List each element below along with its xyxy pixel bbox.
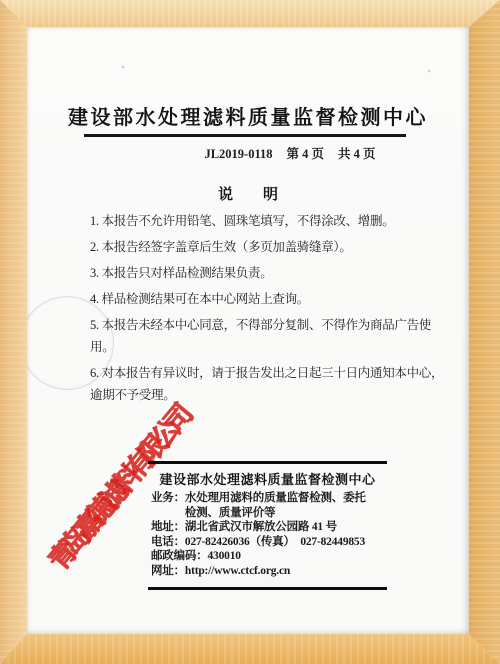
page-total: 共 4 页: [338, 147, 376, 161]
notice-item-1: 1. 本报告不允许用铅笔、圆珠笔填写，不得涂改、增删。: [90, 210, 449, 232]
footer-label: 业务：: [151, 491, 185, 520]
footer-value: http://www.ctcf.org.cn: [185, 564, 290, 579]
wooden-frame-left: [0, 0, 27, 664]
notice-item-3: 3. 本报告只对样品检测结果负责。: [90, 262, 449, 284]
footer-org-name: 建设部水处理滤料质量监督检测中心: [151, 469, 384, 488]
page-current: 第 4 页: [287, 147, 325, 161]
footer-row-address: 地址： 湖北省武汉市解放公园路 41 号: [151, 520, 384, 535]
footer-value: 027-82426036（传真） 027-82449853: [185, 535, 365, 550]
title-divider-rule: [84, 134, 406, 137]
report-meta-line: JL2019-0118第 4 页共 4 页: [27, 144, 469, 162]
report-number: JL2019-0118: [204, 147, 272, 161]
footer-row-phone: 电话： 027-82426036（传真） 027-82449853: [151, 535, 384, 550]
footer-label: 网址：: [151, 564, 185, 579]
footer-value: 水处理用滤料的质量监督检测、委托 检测、质量评价等: [185, 491, 366, 520]
wooden-frame-right: [469, 0, 500, 664]
footer-label: 地址：: [151, 520, 185, 535]
notice-section-title: 说 明: [27, 183, 469, 204]
notice-item-6: 6. 对本报告有异议时，请于报告发出之日起三十日内通知本中心， 逾期不予受理。: [90, 362, 449, 406]
footer-label: 电话：: [151, 535, 185, 550]
framed-document-photo: 建设部水处理滤料质量监督检测中心 JL2019-0118第 4 页共 4 页 说…: [0, 0, 500, 664]
footer-value: 430010: [208, 549, 241, 564]
footer-contact-box: 建设部水处理滤料质量监督检测中心 业务： 水处理用滤料的质量监督检测、委托 检测…: [148, 461, 387, 590]
notice-list: 1. 本报告不允许用铅笔、圆珠笔填写，不得涂改、增删。 2. 本报告经签字盖章后…: [90, 210, 449, 410]
footer-row-business: 业务： 水处理用滤料的质量监督检测、委托 检测、质量评价等: [151, 491, 384, 520]
footer-value: 湖北省武汉市解放公园路 41 号: [185, 520, 337, 535]
footer-row-website: 网址： http://www.ctcf.org.cn: [151, 564, 384, 579]
footer-row-postcode: 邮政编码： 430010: [151, 549, 384, 564]
report-page: 建设部水处理滤料质量监督检测中心 JL2019-0118第 4 页共 4 页 说…: [27, 27, 469, 634]
header-org-name: 建设部水处理滤料质量监督检测中心: [27, 101, 469, 130]
wooden-frame-bottom: [0, 634, 500, 664]
notice-item-4: 4. 样品检测结果可在本中心网站上查询。: [90, 288, 449, 310]
footer-label: 邮政编码：: [151, 549, 208, 564]
notice-item-2: 2. 本报告经签字盖章后生效（多页加盖骑缝章）。: [90, 236, 449, 258]
wooden-frame-top: [0, 0, 500, 27]
notice-item-5: 5. 本报告未经本中心同意，不得部分复制、不得作为商品广告使 用。: [90, 314, 449, 358]
